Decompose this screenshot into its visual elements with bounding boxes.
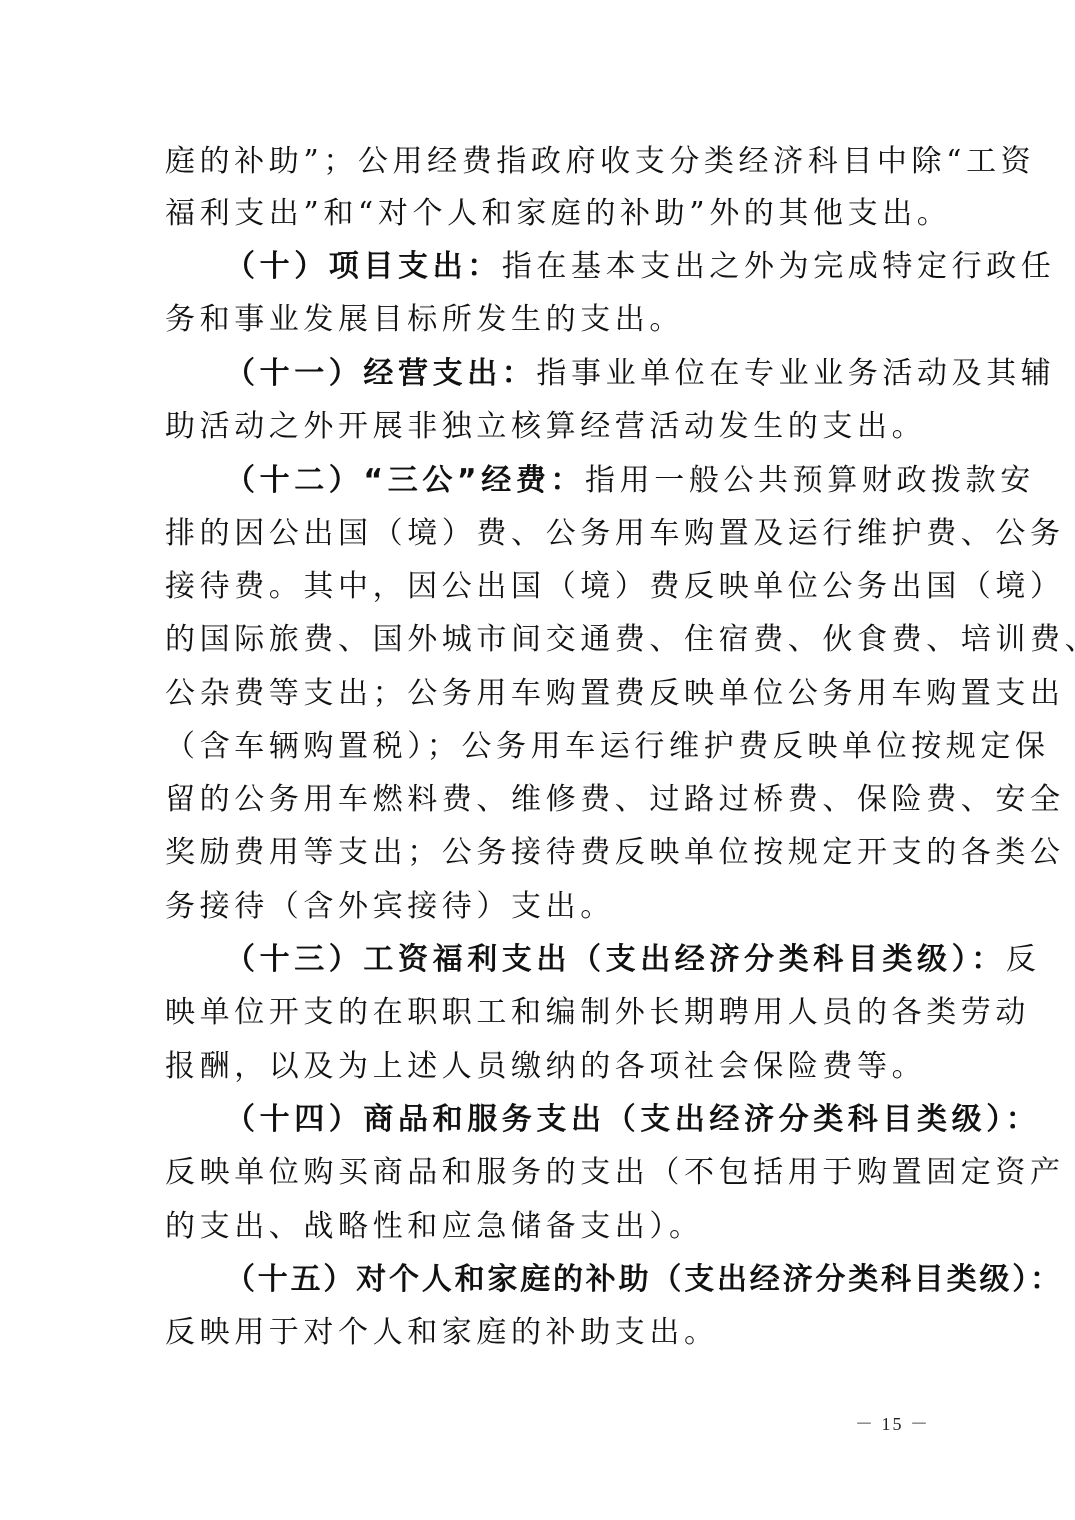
paragraph-line: 映单位开支的在职职工和编制外长期聘用人员的各类劳动 <box>165 991 1030 1035</box>
section-10-heading: （十）项目支出： <box>225 249 502 284</box>
section-10-line: （十）项目支出：指在基本支出之外为完成特定行政任 <box>225 245 1055 289</box>
paragraph-line: 接待费。其中，因公出国（境）费反映单位公务出国（境） <box>165 565 1065 609</box>
paragraph-line: （含车辆购置税）；公务用车运行维护费反映单位按规定保 <box>165 725 1050 769</box>
section-12-text: 指用一般公共预算财政拨款安 <box>585 463 1035 498</box>
page-number: － 15 － <box>855 1410 930 1436</box>
paragraph-line: 公杂费等支出；公务用车购置费反映单位公务用车购置支出 <box>165 672 1065 716</box>
paragraph-line: 庭的补助”；公用经费指政府收支分类经济科目中除“工资 <box>165 140 1035 184</box>
paragraph-line: 助活动之外开展非独立核算经营活动发生的支出。 <box>165 405 926 449</box>
paragraph-line: 留的公务用车燃料费、维修费、过路过桥费、保险费、安全 <box>165 778 1065 822</box>
paragraph-line: 报酬，以及为上述人员缴纳的各项社会保险费等。 <box>165 1045 926 1089</box>
section-14-heading: （十四）商品和服务支出（支出经济分类科目类级）： <box>225 1102 1040 1137</box>
paragraph-line: 反映用于对个人和家庭的补助支出。 <box>165 1311 719 1355</box>
paragraph-line: 福利支出”和“对个人和家庭的补助”外的其他支出。 <box>165 192 951 236</box>
section-11-line: （十一）经营支出：指事业单位在专业业务活动及其辅 <box>225 352 1055 396</box>
section-13-text: 反 <box>1006 942 1041 977</box>
section-11-text: 指事业单位在专业业务活动及其辅 <box>536 356 1055 391</box>
section-15-heading: （十五）对个人和家庭的补助（支出经济分类科目类级）： <box>225 1262 1063 1297</box>
paragraph-line: 的国际旅费、国外城市间交通费、住宿费、伙食费、培训费、 <box>165 618 1075 662</box>
section-15-line: （十五）对个人和家庭的补助（支出经济分类科目类级）： <box>225 1258 1063 1302</box>
paragraph-line: 反映单位购买商品和服务的支出（不包括用于购置固定资产 <box>165 1151 1065 1195</box>
paragraph-line: 奖励费用等支出；公务接待费反映单位按规定开支的各类公 <box>165 831 1065 875</box>
section-12-heading: （十二）“三公”经费： <box>225 463 585 498</box>
section-12-line: （十二）“三公”经费：指用一般公共预算财政拨款安 <box>225 459 1035 503</box>
section-14-line: （十四）商品和服务支出（支出经济分类科目类级）： <box>225 1098 1040 1142</box>
paragraph-line: 务和事业发展目标所发生的支出。 <box>165 298 684 342</box>
paragraph-line: 的支出、战略性和应急储备支出）。 <box>165 1205 704 1249</box>
section-13-line: （十三）工资福利支出（支出经济分类科目类级）：反 <box>225 938 1040 982</box>
paragraph-line: 务接待（含外宾接待）支出。 <box>165 885 615 929</box>
section-10-text: 指在基本支出之外为完成特定行政任 <box>502 249 1056 284</box>
section-13-heading: （十三）工资福利支出（支出经济分类科目类级）： <box>225 942 1006 977</box>
paragraph-line: 排的因公出国（境）费、公务用车购置及运行维护费、公务 <box>165 512 1065 556</box>
section-11-heading: （十一）经营支出： <box>225 356 536 391</box>
